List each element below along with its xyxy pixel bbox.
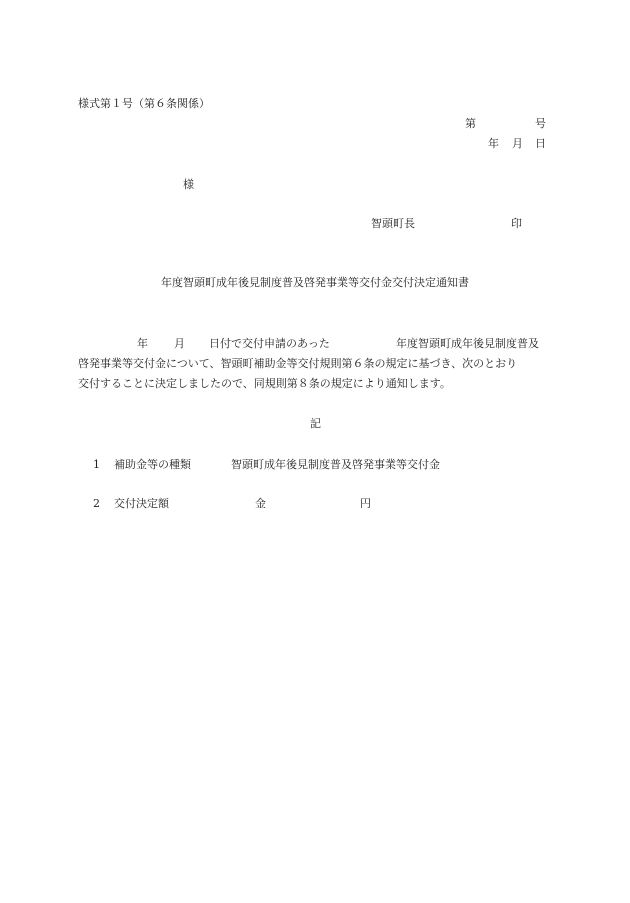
date-month: 月	[512, 138, 523, 149]
item-2-label: 交付決定額	[114, 498, 169, 509]
item-1-label: 補助金等の種類	[114, 459, 191, 470]
ki-heading: 記	[310, 418, 321, 429]
addressee-honorific: 様	[183, 179, 194, 190]
sender-title: 智頭町長	[371, 218, 415, 229]
body-line1-year: 年	[137, 338, 148, 349]
body-line3: 交付することに決定しましたので、同規則第８条の規定により通知します。	[78, 378, 451, 389]
body-line2: 啓発事業等交付金について、智頭町補助金等交付規則第６条の規定に基づき、次のとおり	[78, 358, 517, 369]
seal-mark: 印	[511, 218, 522, 229]
item-2-prefix: 金	[255, 498, 266, 509]
body-line1-month: 月	[174, 338, 185, 349]
item-2-suffix: 円	[360, 498, 371, 509]
reference-number-prefix: 第	[465, 118, 476, 129]
item-1-value: 智頭町成年後見制度普及啓発事業等交付金	[231, 459, 440, 470]
reference-number-suffix: 号	[535, 118, 546, 129]
item-1-number: 1	[93, 459, 100, 470]
form-label: 様式第１号（第６条関係）	[78, 98, 210, 109]
item-2-number: 2	[93, 498, 100, 509]
body-line1-text1: 日付で交付申請のあった	[209, 338, 330, 349]
body-line1-text2: 年度智頭町成年後見制度普及	[396, 338, 539, 349]
document-title: 年度智頭町成年後見制度普及啓発事業等交付金交付決定通知書	[161, 277, 469, 288]
date-day: 日	[535, 138, 546, 149]
date-year: 年	[488, 138, 499, 149]
